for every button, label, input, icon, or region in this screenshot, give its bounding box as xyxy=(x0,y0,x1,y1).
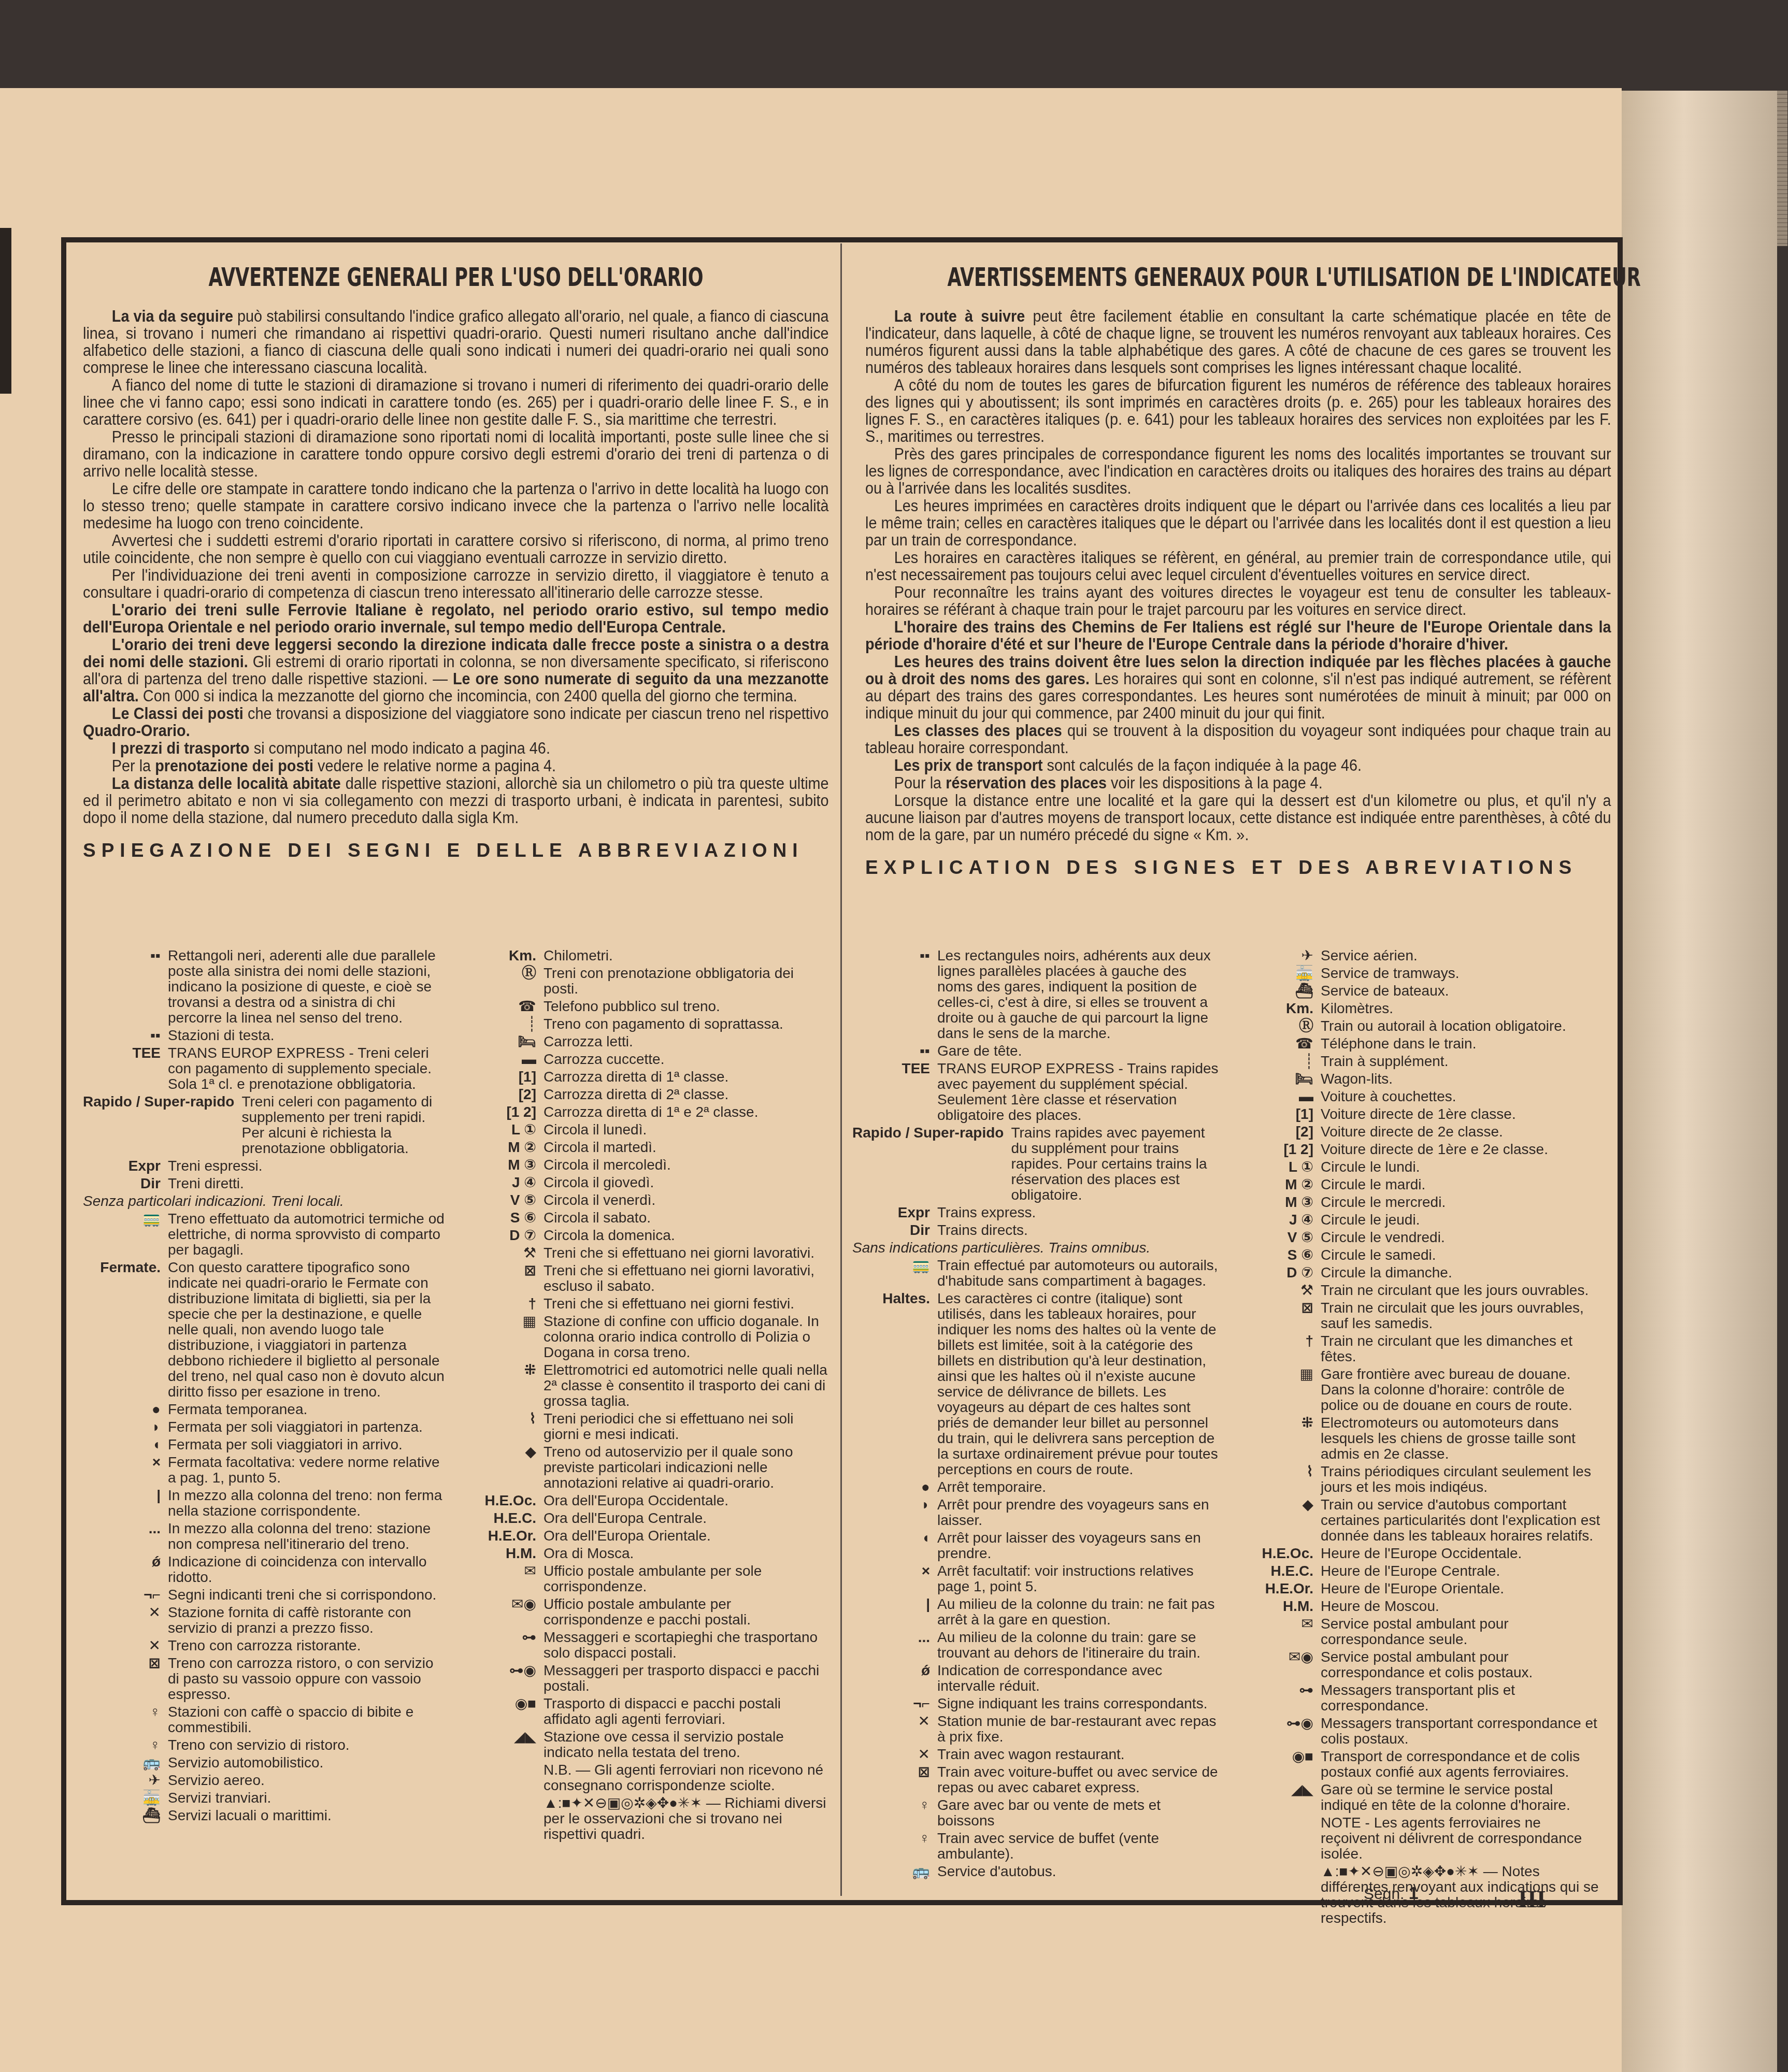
legend-text: Ora dell'Europa Occidentale. xyxy=(543,1493,832,1508)
paragraph: Les prix de transport sont calculés de l… xyxy=(865,757,1611,774)
bus-icon: 🚌 xyxy=(83,1755,168,1771)
legend-row: ◗Fermata per soli viaggiatori in partenz… xyxy=(83,1419,446,1435)
expr-label: Expr xyxy=(852,1205,937,1220)
holidays-icon: † xyxy=(1236,1333,1321,1364)
legend-text: Service postal ambulant pour corresponda… xyxy=(1321,1649,1604,1680)
legend-row: ⊠Train avec voiture-buffet ou avec servi… xyxy=(852,1764,1220,1795)
paragraph: Les classes des places qui se trouvent à… xyxy=(865,722,1611,756)
legend-symbol xyxy=(1236,1815,1321,1862)
legend-text: Ufficio postale ambulante per sole corri… xyxy=(543,1563,832,1594)
legend-row: [1 2]Voiture directe de 1ère e 2e classe… xyxy=(1236,1142,1604,1157)
legend-text: Gare où se termine le service postal ind… xyxy=(1321,1782,1604,1813)
paragraph: L'orario dei treni deve leggersi secondo… xyxy=(83,636,829,704)
not-on-route-icon: ... xyxy=(83,1521,168,1552)
legend-text: Voiture directe de 2e classe. xyxy=(1321,1124,1604,1140)
legend-text: NOTE - Les agents ferroviaires ne reçoiv… xyxy=(1321,1815,1604,1862)
legend-text: Au milieu de la colonne du train: gare s… xyxy=(937,1630,1220,1661)
legend-row: ✈Servizio aereo. xyxy=(83,1773,446,1788)
legend-row: ExprTrains express. xyxy=(852,1205,1220,1220)
friday-icon: V ⑤ xyxy=(1236,1230,1321,1245)
binding-spine xyxy=(0,228,11,394)
boat-icon: ⛴ xyxy=(83,1808,168,1823)
sunday-icon: D ⑦ xyxy=(459,1228,543,1243)
messenger-icon: ⊶ xyxy=(1236,1682,1321,1714)
legend-text: Messaggeri e scortapieghi che trasportan… xyxy=(543,1630,832,1661)
legend-text: Servizio aereo. xyxy=(168,1773,446,1788)
airplane-icon: ✈ xyxy=(1236,948,1321,963)
legend-text: Messaggeri per trasporto dispacci e pacc… xyxy=(543,1663,832,1694)
legend-text: Stazioni di testa. xyxy=(168,1028,446,1043)
legend-text: Treno effettuato da automotrici termiche… xyxy=(168,1211,446,1258)
legend-row: [1 2]Carrozza diretta di 1ª e 2ª classe. xyxy=(459,1104,832,1120)
legend-row: ◉■Trasporto di dispacci e pacchi postali… xyxy=(459,1696,832,1727)
paragraph-text: Presso le principali stazioni di diramaz… xyxy=(83,428,829,480)
station-restaurant-icon: ✕ xyxy=(83,1605,168,1636)
legend-row: 🚋Service de tramways. xyxy=(1236,966,1604,981)
mail-end-icon: ◢◣ xyxy=(1236,1782,1321,1813)
wednesday-icon: M ③ xyxy=(459,1157,543,1173)
temporary-stop-icon: ● xyxy=(83,1402,168,1417)
station-position-icon: ▪▪ xyxy=(852,948,937,1041)
legend-text: Fermata temporanea. xyxy=(168,1402,446,1417)
legend-row: ◖Arrêt pour laisser des voyageurs sans e… xyxy=(852,1530,1220,1561)
legend-text: Fermata per soli viaggiatori in partenza… xyxy=(168,1419,446,1435)
french-legend-title: EXPLICATION DES SIGNES ET DES ABREVIATIO… xyxy=(865,857,1611,879)
legend-row: 🛏Carrozza letti. xyxy=(459,1034,832,1049)
paragraph-bold: La via da seguire xyxy=(112,307,233,325)
messenger-parcels-icon: ⊶◉ xyxy=(1236,1716,1321,1747)
legend-text: Circule le mardi. xyxy=(1321,1177,1604,1192)
italian-legend-title: SPIEGAZIONE DEI SEGNI E DELLE ABBREVIAZI… xyxy=(83,840,829,861)
legend-text: Circule le jeudi. xyxy=(1321,1212,1604,1228)
couchette-icon: ▬ xyxy=(1236,1089,1321,1104)
through-coach-1-icon: [1] xyxy=(459,1069,543,1085)
heor-label: H.E.Or. xyxy=(1236,1581,1321,1596)
legend-row: V ⑤Circule le vendredi. xyxy=(1236,1230,1604,1245)
legend-text: N.B. — Gli agenti ferroviari non ricevon… xyxy=(543,1762,832,1793)
legend-row: S ⑥Circule le samedi. xyxy=(1236,1247,1604,1263)
legend-text: Au milieu de la colonne du train: ne fai… xyxy=(937,1596,1220,1628)
legend-row: ✕Station munie de bar-restaurant avec re… xyxy=(852,1714,1220,1745)
french-legend-right: ✈Service aérien.🚋Service de tramways.⛴Se… xyxy=(1236,948,1604,1928)
french-legend-left: ▪▪Les rectangules noirs, adhérents aux d… xyxy=(852,948,1220,1881)
legend-text: In mezzo alla colonna del treno: non fer… xyxy=(168,1488,446,1519)
legend-text: Treni periodici che si effettuano nei so… xyxy=(543,1411,832,1442)
paragraph-text: A fianco del nome di tutte le stazioni d… xyxy=(83,376,829,428)
legend-row: [2]Carrozza diretta di 2ª classe. xyxy=(459,1087,832,1102)
rail-agents-mail-icon: ◉■ xyxy=(1236,1749,1321,1780)
customs-icon: ▦ xyxy=(459,1314,543,1360)
legend-row: ⊠Treni che si effettuano nei giorni lavo… xyxy=(459,1263,832,1294)
legend-row: ▦Stazione di confine con ufficio doganal… xyxy=(459,1314,832,1360)
paragraph: Près des gares principales de correspond… xyxy=(865,445,1611,497)
legend-text: Heure de l'Europe Orientale. xyxy=(1321,1581,1604,1596)
paragraph-text: che trovansi a disposizione del viaggiat… xyxy=(244,704,829,723)
french-paragraphs: La route à suivre peut être facilement é… xyxy=(865,308,1611,843)
legend-row: H.M.Heure de Moscou. xyxy=(1236,1599,1604,1614)
legend-text: Heure de l'Europe Centrale. xyxy=(1321,1563,1604,1579)
paragraph-text: Pour reconnaître les trains ayant des vo… xyxy=(865,583,1611,618)
terminal-station-icon: ▪▪ xyxy=(852,1043,937,1059)
legend-text: Ufficio postale ambulante per corrispond… xyxy=(543,1596,832,1628)
legend-row: 🚃Train effectué par automoteurs ou autor… xyxy=(852,1258,1220,1289)
legend-text: Fermata facoltativa: vedere norme relati… xyxy=(168,1455,446,1486)
legend-text: Treni che si effettuano nei giorni lavor… xyxy=(543,1245,832,1261)
legend-row: ...Au milieu de la colonne du train: gar… xyxy=(852,1630,1220,1661)
legend-row: ⁜Elettromotrici ed automotrici nelle qua… xyxy=(459,1362,832,1409)
legend-row: H.E.C.Ora dell'Europa Centrale. xyxy=(459,1510,832,1526)
mail-parcels-icon: ✉◉ xyxy=(1236,1649,1321,1680)
legend-row: |In mezzo alla colonna del treno: non fe… xyxy=(83,1488,446,1519)
connection-sign-icon: ¬⌐ xyxy=(852,1696,937,1711)
signature-number: 1 xyxy=(1409,1883,1419,1903)
legend-text: Wagon-lits. xyxy=(1321,1071,1604,1087)
temporary-stop-icon: ● xyxy=(852,1479,937,1495)
paragraph-bold: L'horaire des trains des Chemins de Fer … xyxy=(865,618,1611,653)
legend-row: N.B. — Gli agenti ferroviari non ricevon… xyxy=(459,1762,832,1793)
legend-text: Treno con carrozza ristoro, o con serviz… xyxy=(168,1656,446,1702)
paragraph: Le cifre delle ore stampate in carattere… xyxy=(83,480,829,531)
train-refreshment-icon: ♀ xyxy=(83,1737,168,1753)
legend-text: Téléphone dans le train. xyxy=(1321,1036,1604,1052)
special-notes-icon: ◆ xyxy=(1236,1497,1321,1544)
legend-row: ⊶Messaggeri e scortapieghi che trasporta… xyxy=(459,1630,832,1661)
reservation-icon: Ⓡ xyxy=(459,966,543,997)
heor-label: H.E.Or. xyxy=(459,1528,543,1544)
km-label: Km. xyxy=(1236,1001,1321,1016)
legend-row: [1]Voiture directe de 1ère classe. xyxy=(1236,1106,1604,1122)
legend-symbol xyxy=(459,1762,543,1793)
bus-icon: 🚌 xyxy=(852,1864,937,1879)
legend-text: Circola la domenica. xyxy=(543,1228,832,1243)
hm-label: H.M. xyxy=(1236,1599,1321,1614)
legend-row: ●Fermata temporanea. xyxy=(83,1402,446,1417)
legend-row: ┊Train à supplément. xyxy=(1236,1054,1604,1069)
paragraph-text: Pour la xyxy=(894,774,946,792)
legend-row: ☎Telefono pubblico sul treno. xyxy=(459,999,832,1014)
legend-text: Treno con servizio di ristoro. xyxy=(168,1737,446,1753)
legend-text: ▲:■✦✕⊖▣◎✲◈✥●✳✶ — Richiami diversi per le… xyxy=(543,1795,832,1842)
legend-text: Circule le lundi. xyxy=(1321,1159,1604,1175)
km-label: Km. xyxy=(459,948,543,963)
legend-text: Voiture directe de 1ère classe. xyxy=(1321,1106,1604,1122)
paragraph: Les heures des trains doivent être lues … xyxy=(865,653,1611,722)
legend-text: Circola il giovedì. xyxy=(543,1175,832,1190)
legend-row: ExprTreni espressi. xyxy=(83,1158,446,1174)
legend-text: TRANS EUROP EXPRESS - Treni celeri con p… xyxy=(168,1045,446,1092)
paragraph-text: Avvertesi che i suddetti estremi d'orari… xyxy=(83,531,829,567)
legend-row: ☎Téléphone dans le train. xyxy=(1236,1036,1604,1052)
italian-section: AVVERTENZE GENERALI PER L'USO DELL'ORARI… xyxy=(83,259,829,874)
legend-row: S ⑥Circola il sabato. xyxy=(459,1210,832,1226)
hec-label: H.E.C. xyxy=(459,1510,543,1526)
legend-row: 🚌Service d'autobus. xyxy=(852,1864,1220,1879)
no-stop-icon: | xyxy=(852,1596,937,1628)
tee-icon: TEE xyxy=(83,1045,168,1092)
legend-row: ◆Treno od autoservizio per il quale sono… xyxy=(459,1444,832,1491)
dir-label: Dir xyxy=(83,1176,168,1191)
mail-icon: ✉ xyxy=(459,1563,543,1594)
mail-parcels-icon: ✉◉ xyxy=(459,1596,543,1628)
paragraph-bold: Les classes des places xyxy=(894,722,1062,740)
legend-row: ⊶Messagers transportant plis et correspo… xyxy=(1236,1682,1604,1714)
terminal-station-icon: ▪▪ xyxy=(83,1028,168,1043)
paragraph-text: sont calculés de la façon indiquée à la … xyxy=(1043,756,1362,774)
signature-mark: Segn. 1 xyxy=(1364,1883,1419,1904)
legend-text: Servizi tranviari. xyxy=(168,1790,446,1806)
legend-row: 🛏Wagon-lits. xyxy=(1236,1071,1604,1087)
legend-row: ▬Carrozza cuccette. xyxy=(459,1052,832,1067)
legend-row: ✈Service aérien. xyxy=(1236,948,1604,963)
fermate-label: Fermate. xyxy=(83,1260,168,1400)
legend-text: Carrozza diretta di 1ª classe. xyxy=(543,1069,832,1085)
tuesday-icon: M ② xyxy=(1236,1177,1321,1192)
legend-row: L ①Circule le lundi. xyxy=(1236,1159,1604,1175)
legend-row: ✕Train avec wagon restaurant. xyxy=(852,1747,1220,1762)
legend-row: Fermate.Con questo carattere tipografico… xyxy=(83,1260,446,1400)
legend-row: Km.Kilomètres. xyxy=(1236,1001,1604,1016)
through-coach-12-icon: [1 2] xyxy=(459,1104,543,1120)
hec-label: H.E.C. xyxy=(1236,1563,1321,1579)
saturday-icon: S ⑥ xyxy=(1236,1247,1321,1263)
paragraph-bold: L'orario dei treni sulle Ferrovie Italia… xyxy=(83,601,829,636)
optional-stop-icon: × xyxy=(83,1455,168,1486)
station-position-icon: ▪▪ xyxy=(83,948,168,1026)
legend-row: D ⑦Circola la domenica. xyxy=(459,1228,832,1243)
legend-row: ⓇTrain ou autorail à location obligatoir… xyxy=(1236,1018,1604,1034)
italian-paragraphs: La via da seguire può stabilirsi consult… xyxy=(83,308,829,826)
dogs-allowed-icon: ⁜ xyxy=(1236,1415,1321,1462)
legend-text: Treni con prenotazione obbligatoria dei … xyxy=(543,966,832,997)
legend-row: [1]Carrozza diretta di 1ª classe. xyxy=(459,1069,832,1085)
train-refreshment-icon: ♀ xyxy=(852,1831,937,1862)
legend-text: Voiture directe de 1ère e 2e classe. xyxy=(1321,1142,1604,1157)
periodic-icon: ⌇ xyxy=(1236,1464,1321,1495)
legend-row: ◉■Transport de correspondance et de coli… xyxy=(1236,1749,1604,1780)
legend-text: Indicazione di coincidenza con intervall… xyxy=(168,1554,446,1585)
messenger-icon: ⊶ xyxy=(459,1630,543,1661)
legend-row: ▪▪Stazioni di testa. xyxy=(83,1028,446,1043)
sleeping-car-icon: 🛏 xyxy=(459,1034,543,1049)
legend-row: V ⑤Circola il venerdì. xyxy=(459,1192,832,1208)
tram-icon: 🚋 xyxy=(1236,966,1321,981)
legend-row: Km.Chilometri. xyxy=(459,948,832,963)
paragraph-bold: I prezzi di trasporto xyxy=(112,739,250,757)
legend-text: Carrozza cuccette. xyxy=(543,1052,832,1067)
hm-label: H.M. xyxy=(459,1546,543,1561)
legend-text: Station munie de bar-restaurant avec rep… xyxy=(937,1714,1220,1745)
couchette-icon: ▬ xyxy=(459,1052,543,1067)
legend-text: Service aérien. xyxy=(1321,948,1604,963)
wednesday-icon: M ③ xyxy=(1236,1195,1321,1210)
monday-icon: L ① xyxy=(459,1122,543,1138)
italian-title: AVVERTENZE GENERALI PER L'USO DELL'ORARI… xyxy=(165,262,747,292)
sunday-icon: D ⑦ xyxy=(1236,1265,1321,1280)
legend-row: M ②Circule le mardi. xyxy=(1236,1177,1604,1192)
legend-row: ◗Arrêt pour prendre des voyageurs sans e… xyxy=(852,1497,1220,1528)
paragraph-bold: réservation des places xyxy=(946,774,1107,792)
legend-row: ♀Gare avec bar ou vente de mets et boiss… xyxy=(852,1797,1220,1829)
legend-text: Fermata per soli viaggiatori in arrivo. xyxy=(168,1437,446,1452)
legend-row: Rapido / Super-rapidoTreni celeri con pa… xyxy=(83,1094,446,1156)
paragraph-text: Per la xyxy=(112,757,155,775)
legend-row: ⛴Service de bateaux. xyxy=(1236,983,1604,999)
legend-row: 🚌Servizio automobilistico. xyxy=(83,1755,446,1771)
dir-label: Dir xyxy=(852,1222,937,1238)
legend-row: †Train ne circulant que les dimanches et… xyxy=(1236,1333,1604,1364)
legend-row: NOTE - Les agents ferroviaires ne reçoiv… xyxy=(1236,1815,1604,1862)
legend-text: Service de bateaux. xyxy=(1321,983,1604,999)
legend-row: ǿIndication de correspondance avec inter… xyxy=(852,1663,1220,1694)
legend-text: Train avec wagon restaurant. xyxy=(937,1747,1220,1762)
paragraph: L'orario dei treni sulle Ferrovie Italia… xyxy=(83,601,829,636)
legend-text: Service postal ambulant pour corresponda… xyxy=(1321,1616,1604,1647)
legend-row: ...In mezzo alla colonna del treno: staz… xyxy=(83,1521,446,1552)
legend-text: Ora di Mosca. xyxy=(543,1546,832,1561)
paragraph: Per l'individuazione dei treni aventi in… xyxy=(83,567,829,601)
legend-text: Electromoteurs ou automoteurs dans lesqu… xyxy=(1321,1415,1604,1462)
legend-row: ✕Stazione fornita di caffè ristorante co… xyxy=(83,1605,446,1636)
rail-agents-mail-icon: ◉■ xyxy=(459,1696,543,1727)
paragraph-bold: Les prix de transport xyxy=(894,756,1043,774)
paragraph: L'horaire des trains des Chemins de Fer … xyxy=(865,618,1611,653)
legend-text: Kilomètres. xyxy=(1321,1001,1604,1016)
thursday-icon: J ④ xyxy=(459,1175,543,1190)
through-coach-12-icon: [1 2] xyxy=(1236,1142,1321,1157)
legend-row: DirTreni diretti. xyxy=(83,1176,446,1191)
legend-row: ⌇Treni periodici che si effettuano nei s… xyxy=(459,1411,832,1442)
legend-row: H.E.Oc.Heure de l'Europe Occidentale. xyxy=(1236,1546,1604,1561)
legend-row: ⊶◉Messagers transportant correspondance … xyxy=(1236,1716,1604,1747)
paragraph-text: Per l'individuazione dei treni aventi in… xyxy=(83,566,829,601)
railcar-icon: 🚃 xyxy=(83,1211,168,1258)
legend-row: ✉Service postal ambulant pour correspond… xyxy=(1236,1616,1604,1647)
legend-row: ×Fermata facoltativa: vedere norme relat… xyxy=(83,1455,446,1486)
legend-row: ◢◣Stazione ove cessa il servizio postale… xyxy=(459,1729,832,1760)
legend-text: Train avec voiture-buffet ou avec servic… xyxy=(937,1764,1220,1795)
sleeping-car-icon: 🛏 xyxy=(1236,1071,1321,1087)
legend-row: ⓇTreni con prenotazione obbligatoria dei… xyxy=(459,966,832,997)
legend-text: Les caractères ci contre (italique) sont… xyxy=(937,1291,1220,1477)
legend-row: H.E.Oc.Ora dell'Europa Occidentale. xyxy=(459,1493,832,1508)
paragraph: A côté du nom de toutes les gares de bif… xyxy=(865,377,1611,445)
legend-text: Trains directs. xyxy=(937,1222,1220,1238)
departure-only-icon: ◗ xyxy=(83,1419,168,1435)
legend-row: ▬Voiture à couchettes. xyxy=(1236,1089,1604,1104)
legend-text: Con questo carattere tipografico sono in… xyxy=(168,1260,446,1400)
periodic-icon: ⌇ xyxy=(459,1411,543,1442)
paragraph-bold: Quadro-Orario. xyxy=(83,722,190,740)
no-stop-icon: | xyxy=(83,1488,168,1519)
legend-text: Train ne circulant que les jours ouvrabl… xyxy=(1321,1283,1604,1298)
legend-row: ▲:■✦✕⊖▣◎✲◈✥●✳✶ — Richiami diversi per le… xyxy=(459,1795,832,1842)
legend-text: Treni che si effettuano nei giorni festi… xyxy=(543,1296,832,1312)
paragraph-bold: Le Classi dei posti xyxy=(112,704,244,723)
legend-text: Train ou autorail à location obligatoire… xyxy=(1321,1018,1604,1034)
legend-text: Train ne circulant que les dimanches et … xyxy=(1321,1333,1604,1364)
station-bar-icon: ♀ xyxy=(83,1704,168,1735)
italian-legend-right: Km.Chilometri.ⓇTreni con prenotazione ob… xyxy=(459,948,832,1844)
legend-row: ✉Ufficio postale ambulante per sole corr… xyxy=(459,1563,832,1594)
legend-text: Train à supplément. xyxy=(1321,1054,1604,1069)
not-on-route-icon: ... xyxy=(852,1630,937,1661)
italian-legend-left: ▪▪Rettangoli neri, aderenti alle due par… xyxy=(83,948,446,1825)
paragraph-text: Le cifre delle ore stampate in carattere… xyxy=(83,480,829,532)
legend-row: D ⑦Circule la dimanche. xyxy=(1236,1265,1604,1280)
legend-text: Arrêt pour prendre des voyageurs sans en… xyxy=(937,1497,1220,1528)
legend-text: Circule le vendredi. xyxy=(1321,1230,1604,1245)
paragraph-text: Les horaires en caractères italiques se … xyxy=(865,549,1611,584)
paragraph: Pour reconnaître les trains ayant des vo… xyxy=(865,584,1611,618)
legend-text: Service de tramways. xyxy=(1321,966,1604,981)
reservation-icon: Ⓡ xyxy=(1236,1018,1321,1034)
legend-text: Sans indications particulières. Trains o… xyxy=(852,1240,1220,1256)
french-section: AVERTISSEMENTS GENERAUX POUR L'UTILISATI… xyxy=(865,259,1611,891)
legend-row: ▪▪Gare de tête. xyxy=(852,1043,1220,1059)
paragraph: I prezzi di trasporto si computano nel m… xyxy=(83,740,829,757)
arrival-only-icon: ◖ xyxy=(83,1437,168,1452)
thursday-icon: J ④ xyxy=(1236,1212,1321,1228)
column-divider xyxy=(840,243,842,1896)
legend-row: H.E.C.Heure de l'Europe Centrale. xyxy=(1236,1563,1604,1579)
paragraph: Presso le principali stazioni di diramaz… xyxy=(83,428,829,480)
legend-text: Circola il martedì. xyxy=(543,1140,832,1155)
legend-row: ǿIndicazione di coincidenza con interval… xyxy=(83,1554,446,1585)
workdays-except-saturday-icon: ⊠ xyxy=(459,1263,543,1294)
legend-row: TEETRANS EUROP EXPRESS - Trains rapides … xyxy=(852,1061,1220,1123)
signature-label: Segn. xyxy=(1364,1886,1404,1903)
legend-row: M ③Circule le mercredi. xyxy=(1236,1195,1604,1210)
legend-row: H.E.Or.Ora dell'Europa Orientale. xyxy=(459,1528,832,1544)
boat-icon: ⛴ xyxy=(1236,983,1321,999)
paragraph: Lorsque la distance entre une localité e… xyxy=(865,792,1611,843)
legend-row: M ②Circola il martedì. xyxy=(459,1140,832,1155)
legend-text: Treno con pagamento di soprattassa. xyxy=(543,1016,832,1032)
legend-text: Servizi lacuali o marittimi. xyxy=(168,1808,446,1823)
legend-text: Service d'autobus. xyxy=(937,1864,1220,1879)
legend-text: Carrozza letti. xyxy=(543,1034,832,1049)
legend-text: Trains périodiques circulant seulement l… xyxy=(1321,1464,1604,1495)
paragraph-text: Les heures imprimées en caractères droit… xyxy=(865,497,1611,549)
legend-text: Signe indiquant les trains correspondant… xyxy=(937,1696,1220,1711)
messenger-parcels-icon: ⊶◉ xyxy=(459,1663,543,1694)
legend-text: Stazioni con caffè o spaccio di bibite e… xyxy=(168,1704,446,1735)
legend-text: Les rectangules noirs, adhérents aux deu… xyxy=(937,948,1220,1041)
paragraph: Per la prenotazione dei posti vedere le … xyxy=(83,757,829,774)
surcharge-icon: ┊ xyxy=(459,1016,543,1032)
airplane-icon: ✈ xyxy=(83,1773,168,1788)
surcharge-icon: ┊ xyxy=(1236,1054,1321,1069)
legend-text: Gare avec bar ou vente de mets et boisso… xyxy=(937,1797,1220,1829)
legend-row: ⚒Treni che si effettuano nei giorni lavo… xyxy=(459,1245,832,1261)
monday-icon: L ① xyxy=(1236,1159,1321,1175)
legend-row: J ④Circola il giovedì. xyxy=(459,1175,832,1190)
legend-text: Gare de tête. xyxy=(937,1043,1220,1059)
legend-row: Haltes.Les caractères ci contre (italiqu… xyxy=(852,1291,1220,1477)
legend-text: Train ou service d'autobus comportant ce… xyxy=(1321,1497,1604,1544)
through-coach-2-icon: [2] xyxy=(1236,1124,1321,1140)
paragraph: Les heures imprimées en caractères droit… xyxy=(865,497,1611,549)
legend-row: ●Arrêt temporaire. xyxy=(852,1479,1220,1495)
french-title: AVERTISSEMENTS GENERAUX POUR L'UTILISATI… xyxy=(947,262,1529,292)
haltes-label: Haltes. xyxy=(852,1291,937,1477)
tram-icon: 🚋 xyxy=(83,1790,168,1806)
legend-row: ▦Gare frontière avec bureau de douane. D… xyxy=(1236,1366,1604,1413)
legend-text: Elettromotrici ed automotrici nelle qual… xyxy=(543,1362,832,1409)
legend-row: †Treni che si effettuano nei giorni fest… xyxy=(459,1296,832,1312)
legend-row: ¬⌐Signe indiquant les trains corresponda… xyxy=(852,1696,1220,1711)
legend-text: Gare frontière avec bureau de douane. Da… xyxy=(1321,1366,1604,1413)
